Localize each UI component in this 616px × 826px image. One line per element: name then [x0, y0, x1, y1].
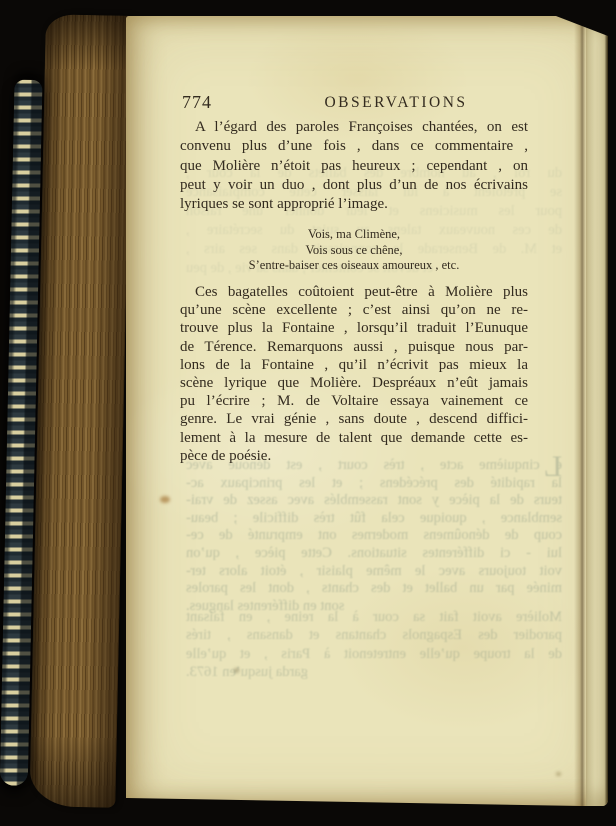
text-line: S’entre-baiser ces oiseaux amoureux , et… — [180, 258, 528, 274]
show-through-dropcap: L — [544, 452, 562, 482]
text-line: Ces bagatelles coûtoient peut-être à Mol… — [180, 283, 528, 301]
text-line: que Molière n’étoit pas heureux ; cepend… — [180, 157, 528, 176]
foxing-spot — [160, 496, 170, 503]
foxing-spot — [556, 772, 561, 776]
text-line: la rapidité des précédens ; et les princ… — [186, 475, 562, 493]
book-page: du roi , au nombre des ballets de la cou… — [126, 16, 608, 806]
text-line: de la troupe qu’elle entretenoit à Paris… — [186, 645, 562, 663]
text-line: teurs de la pièce y sont rassemblés avec… — [186, 492, 562, 510]
text-line: pèce de poésie. — [180, 447, 528, 465]
text-line: coup de dénoûmens modernes ont emprunté … — [186, 527, 562, 545]
show-through-text-block1: L e cinquième acte , très court , est dé… — [186, 457, 562, 615]
text-line: voit toujours avec le même plaisir , éto… — [186, 563, 562, 581]
text-line: lement à la mesure de talent que demande… — [180, 429, 528, 447]
paragraph-1: A l’égard des paroles Françoises chantée… — [180, 118, 528, 214]
text-line: Molière avoit fait sa cour à la reine , … — [186, 608, 562, 626]
text-line: genre. Le vrai génie , sans doute , desc… — [180, 410, 528, 428]
text-line: Vois sous ce chêne, — [180, 243, 528, 259]
text-line: qu’une scène excellente ; c’est ainsi qu… — [180, 301, 528, 319]
text-line: A l’égard des paroles Françoises chantée… — [180, 118, 528, 137]
page-bottom-shadow — [126, 796, 581, 806]
text-line: Vois, ma Climène, — [180, 227, 528, 243]
show-through-text-block2: Molière avoit fait sa cour à la reine , … — [186, 608, 562, 681]
running-title: OBSERVATIONS — [324, 94, 467, 112]
paragraph-2: Ces bagatelles coûtoient peut-être à Mol… — [180, 283, 528, 465]
text-line: garda jusqu’en 1673. — [186, 663, 562, 681]
text-line: scène lyrique que Molière. Despréaux n’e… — [180, 374, 528, 392]
text-line: lyriques se sont approprié l’image. — [180, 195, 528, 214]
page-number: 774 — [182, 92, 212, 113]
text-line: lons de la Fontaine , qu’il n’écrivit pa… — [180, 356, 528, 374]
text-line: convenu plus d’une fois , dans ce commen… — [180, 137, 528, 156]
text-line: peut y voir un duo , dont plus d’un de n… — [180, 176, 528, 195]
text-line: minée par un ballet et des chants , dont… — [186, 580, 562, 598]
book-binding — [0, 7, 132, 816]
text-line: trouve plus la Fontaine , lorsqu’il trad… — [180, 319, 528, 337]
gutter-crease — [574, 16, 588, 806]
text-line: de Térence. Remarquons aussi , puisque n… — [180, 338, 528, 356]
foxing-spot — [234, 668, 239, 673]
text-line: parodier des Espagnols chantans et dansa… — [186, 626, 562, 644]
running-head: 774 OBSERVATIONS — [180, 92, 528, 118]
verse-quotation: Vois, ma Climène,Vois sous ce chêne,S’en… — [180, 227, 528, 274]
book-scan: du roi , au nombre des ballets de la cou… — [0, 0, 616, 826]
adjacent-page — [586, 16, 608, 806]
text-line: lui - ci différentes situations. Cette p… — [186, 545, 562, 563]
page-block-fore-edge — [29, 14, 132, 808]
text-line: pu l’écrire ; M. de Voltaire essaya vain… — [180, 392, 528, 410]
text-line: semblance , quoique cela fût très diffic… — [186, 510, 562, 528]
